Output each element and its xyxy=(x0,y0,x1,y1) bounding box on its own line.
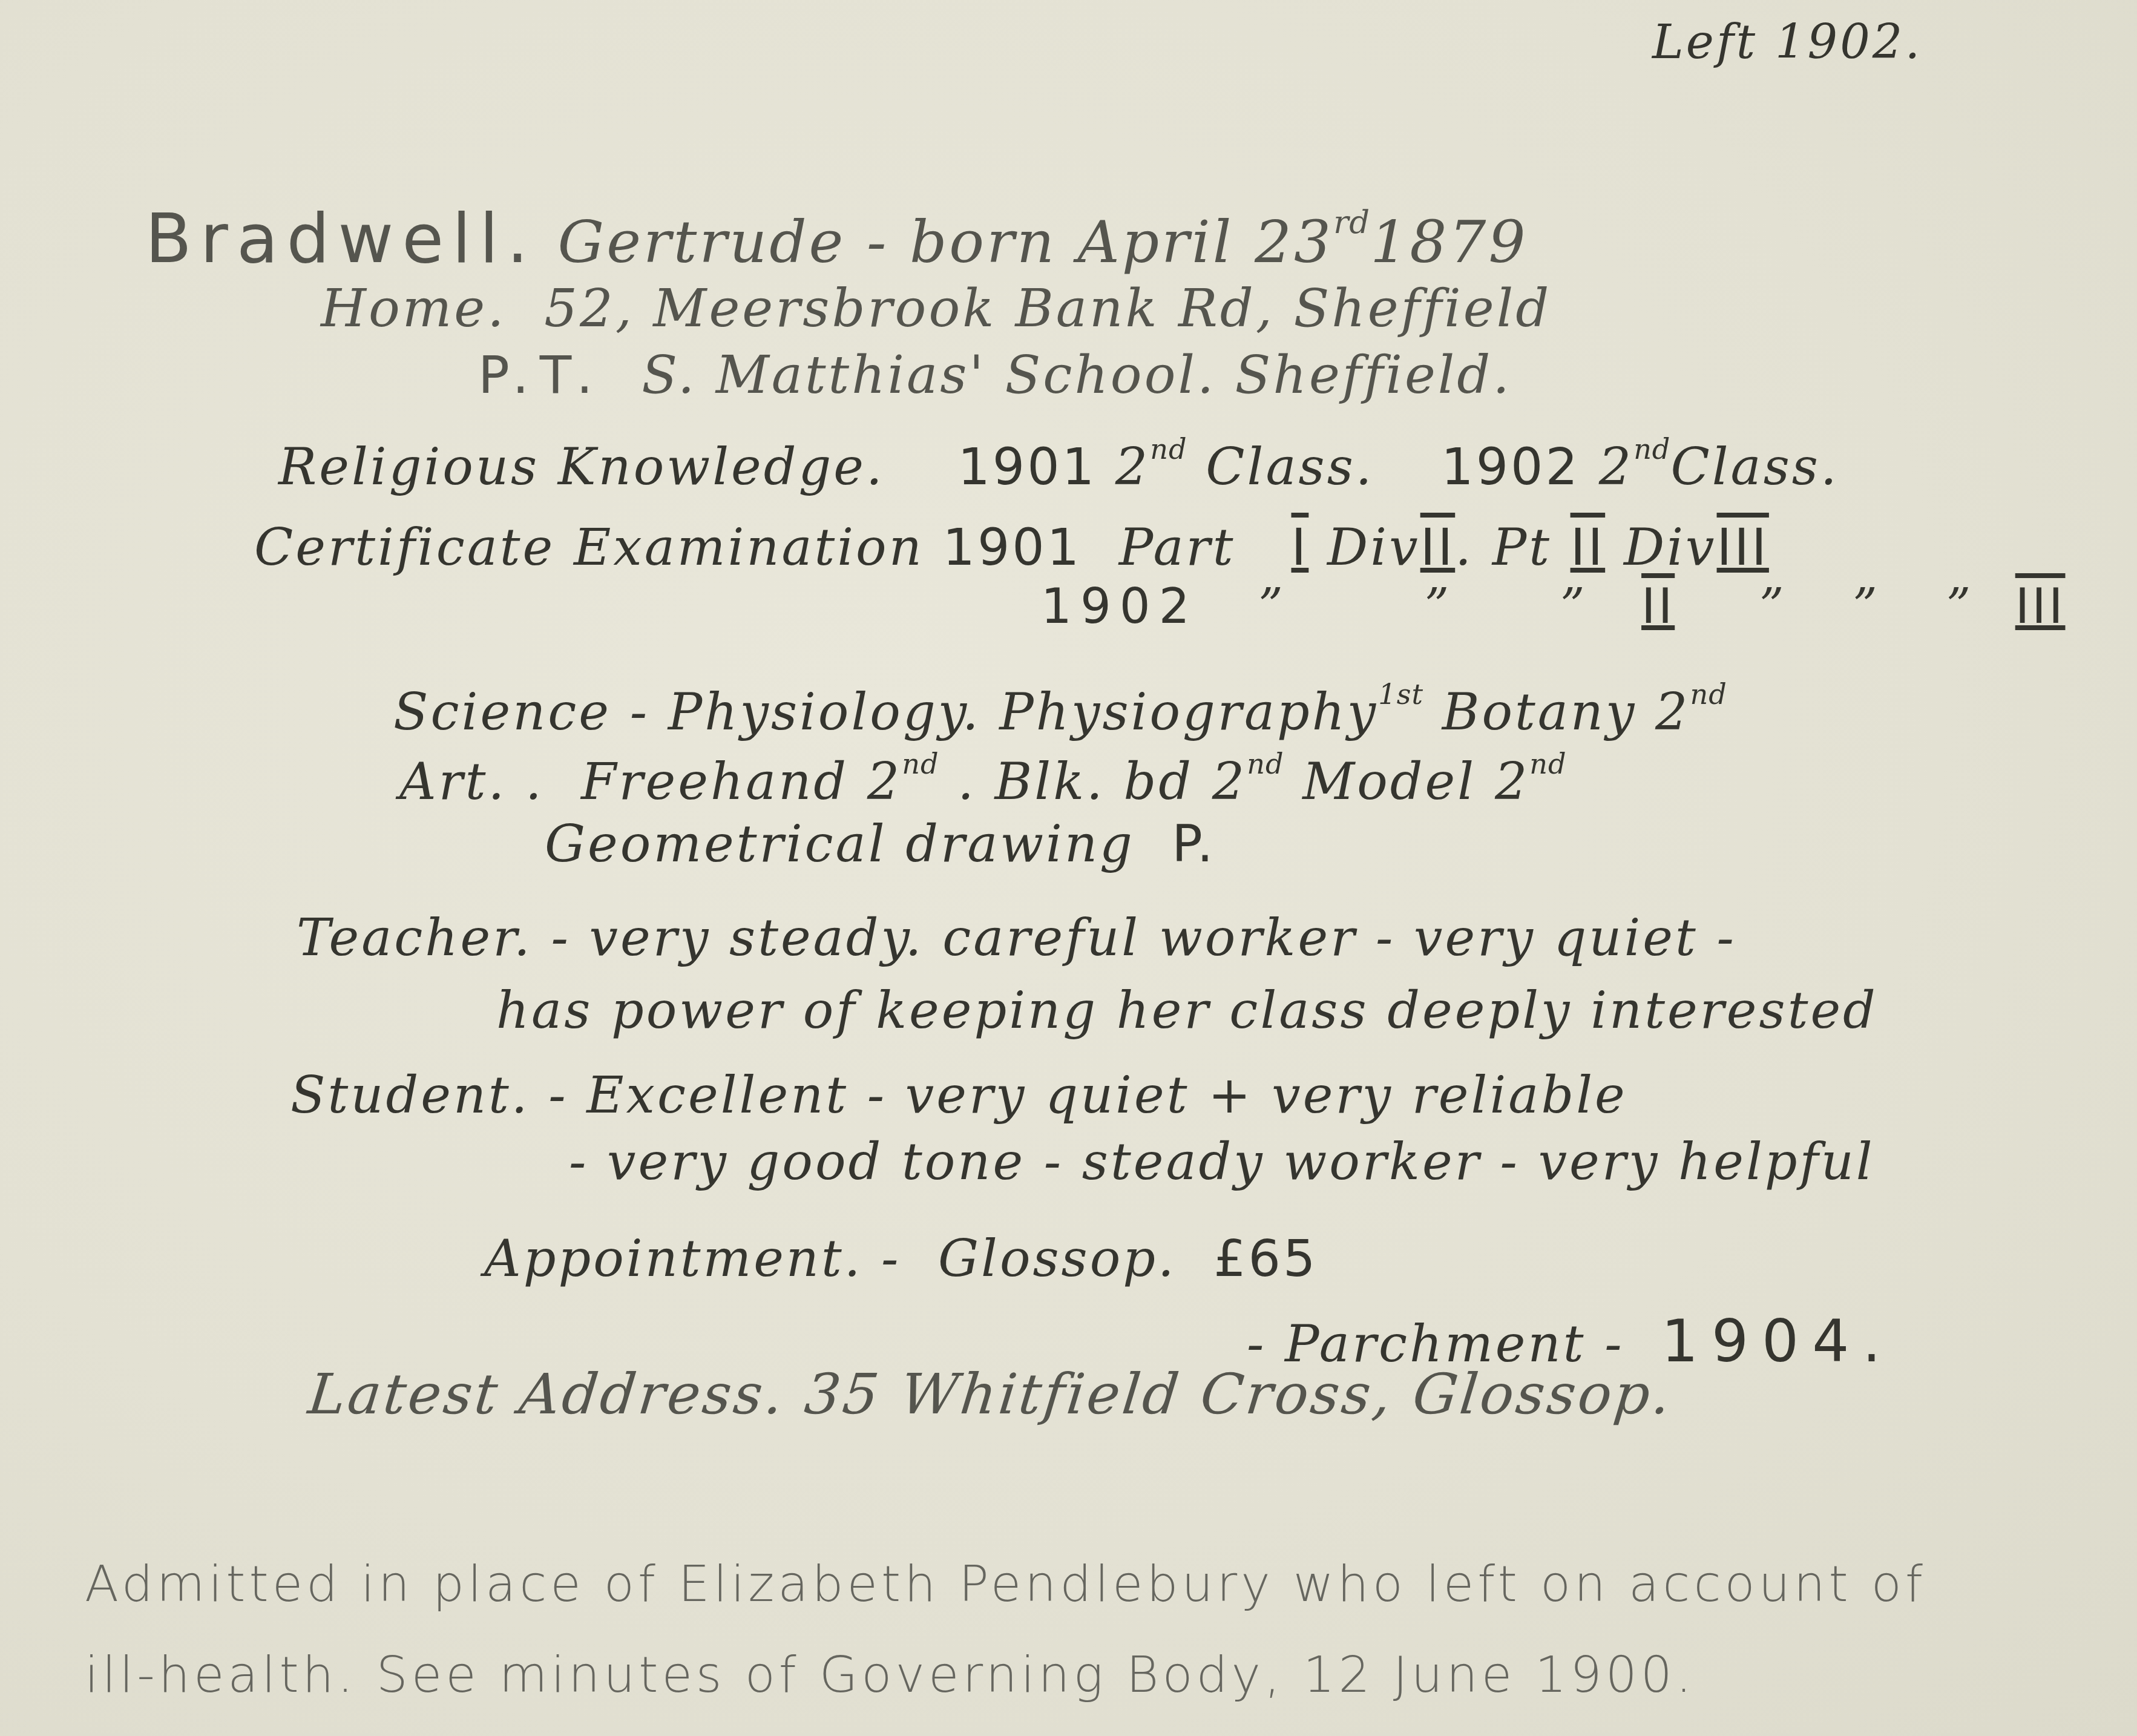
pt-school: S. Matthias' School. Sheffield. xyxy=(642,345,1512,406)
born-day-suffix: rd xyxy=(1333,204,1370,241)
cert-1901-part-label: Part xyxy=(1119,518,1236,577)
cert-1902-ditto-6: ” xyxy=(1946,578,1973,634)
born-label: - born April xyxy=(867,208,1234,276)
cert-1902-year: 1902 xyxy=(1041,578,1198,634)
latest-address: Latest Address. 35 Whitfield Cross, Glos… xyxy=(305,1362,1676,1427)
surname: Bradwell. xyxy=(145,200,537,278)
footnote-text-1: Admitted in place of Elizabeth Pendlebur… xyxy=(85,1556,1926,1613)
footnote-line-2: ill-health. See minutes of Governing Bod… xyxy=(85,1646,1695,1704)
physiography-grade: 1 xyxy=(1378,678,1396,711)
cert-1901-div1: II xyxy=(1420,518,1456,577)
freehand-grade: 2 xyxy=(867,752,902,811)
born-year: 1879 xyxy=(1370,208,1528,276)
cert-1902-div1: II xyxy=(1641,578,1675,634)
cert-1902-ditto-1: ” xyxy=(1258,578,1285,634)
cert-1901-part1: I xyxy=(1292,518,1309,577)
cert-1901-part2: II xyxy=(1571,518,1606,577)
student-label: Student. xyxy=(291,1065,530,1125)
pt-line: P.T. S. Matthias' School. Sheffield. xyxy=(478,345,1512,406)
cert-1902-ditto-5: ” xyxy=(1853,578,1880,634)
science-line: Science - Physiology. Physiography1st Bo… xyxy=(393,678,1727,741)
appointment-line: Appointment. - Glossop. £65 xyxy=(484,1229,1318,1288)
teacher-remarks-1: - very steady. careful worker - very qui… xyxy=(551,908,1736,967)
freehand-label: Freehand xyxy=(581,752,849,811)
home-label: Home. xyxy=(321,278,507,339)
botany-suffix: nd xyxy=(1690,678,1727,711)
teacher-label: Teacher. xyxy=(297,908,533,967)
rk-1901-class: Class. xyxy=(1206,437,1374,496)
home-address: 52, Meersbrook Bank Rd, Sheffield xyxy=(544,278,1551,339)
teacher-line-2: has power of keeping her class deeply in… xyxy=(496,981,1878,1040)
rk-1901-suffix: nd xyxy=(1150,433,1187,465)
cert-1902-ditto-3: ” xyxy=(1560,578,1587,634)
latest-address-line: Latest Address. 35 Whitfield Cross, Glos… xyxy=(305,1362,1676,1427)
student-line-2: - very good tone - steady worker - very … xyxy=(569,1132,1875,1191)
appointment-salary: £65 xyxy=(1213,1229,1318,1288)
cert-1902-ditto-4: ” xyxy=(1759,578,1787,634)
cert-1901-div2: III xyxy=(1717,518,1769,577)
model-suffix: nd xyxy=(1529,748,1566,780)
geometrical-grade: P. xyxy=(1172,814,1215,873)
cert-1901-year: 1901 xyxy=(942,518,1082,577)
blk-bd-suffix: nd xyxy=(1247,748,1284,780)
left-year-text: Left 1902. xyxy=(1652,15,1922,70)
born-day: 23 xyxy=(1255,208,1333,276)
art-label: Art. . xyxy=(399,752,544,811)
student-line-1: Student. - Excellent - very quiet + very… xyxy=(291,1065,1627,1125)
student-remarks-2: - very good tone - steady worker - very … xyxy=(569,1132,1875,1191)
footnote-line-1: Admitted in place of Elizabeth Pendlebur… xyxy=(85,1556,1926,1613)
parchment-year: 1904. xyxy=(1661,1307,1894,1375)
forename: Gertrude xyxy=(557,208,845,276)
appointment-place: Glossop. xyxy=(938,1229,1177,1288)
cert-1901-sep: . Pt xyxy=(1455,518,1552,577)
name-line: Bradwell. Gertrude - born April 23rd1879 xyxy=(145,200,1528,278)
religious-knowledge-line: Religious Knowledge. 1901 2nd Class. 190… xyxy=(278,433,1839,496)
botany-label: Botany xyxy=(1442,682,1637,741)
geometrical-label: Geometrical drawing xyxy=(545,814,1135,873)
freehand-suffix: nd xyxy=(902,748,939,780)
model-grade: 2 xyxy=(1495,752,1529,811)
pt-label: P.T. xyxy=(478,345,603,406)
cert-label: Certificate Examination xyxy=(254,518,924,577)
teacher-line-1: Teacher. - very steady. careful worker -… xyxy=(297,908,1736,967)
rk-1902-year: 1902 xyxy=(1441,437,1580,496)
cert-1902-div2: III xyxy=(2015,578,2066,634)
rk-1902-suffix: nd xyxy=(1633,433,1670,465)
left-year-note: Left 1902. xyxy=(1652,15,1922,70)
certificate-exam-line-1901: Certificate Examination 1901 Part I DivI… xyxy=(254,518,1769,577)
physiography-suffix: st xyxy=(1397,678,1423,711)
cert-1902-ditto-2: ” xyxy=(1424,578,1451,634)
blk-bd-grade: 2 xyxy=(1212,752,1247,811)
blk-bd-label: . Blk. bd xyxy=(957,752,1193,811)
botany-grade: 2 xyxy=(1655,682,1690,741)
appointment-label: Appointment. - xyxy=(484,1229,901,1288)
rk-1901-grade: 2 xyxy=(1115,437,1150,496)
cert-1901-div-label: Div xyxy=(1327,518,1420,577)
footnote-text-2: ill-health. See minutes of Governing Bod… xyxy=(85,1646,1695,1704)
certificate-exam-line-1902: 1902 ” ” ” II ” ” ” III xyxy=(1041,578,2066,634)
student-remarks-1: - Excellent - very quiet + very reliable xyxy=(548,1065,1627,1125)
teacher-remarks-2: has power of keeping her class deeply in… xyxy=(496,981,1878,1040)
geometrical-drawing-line: Geometrical drawing P. xyxy=(545,814,1216,873)
art-line: Art. . Freehand 2nd . Blk. bd 2nd Model … xyxy=(399,748,1567,811)
rk-1902-class: Class. xyxy=(1670,437,1839,496)
rk-1901-year: 1901 xyxy=(957,437,1097,496)
rk-1902-grade: 2 xyxy=(1599,437,1633,496)
science-label: Science xyxy=(393,682,611,741)
cert-1901-div2-label: Div xyxy=(1624,518,1717,577)
rk-label: Religious Knowledge. xyxy=(278,437,885,496)
model-label: Model xyxy=(1302,752,1476,811)
science-items: - Physiology. Physiography xyxy=(630,682,1379,741)
home-line: Home. 52, Meersbrook Bank Rd, Sheffield xyxy=(321,278,1551,339)
